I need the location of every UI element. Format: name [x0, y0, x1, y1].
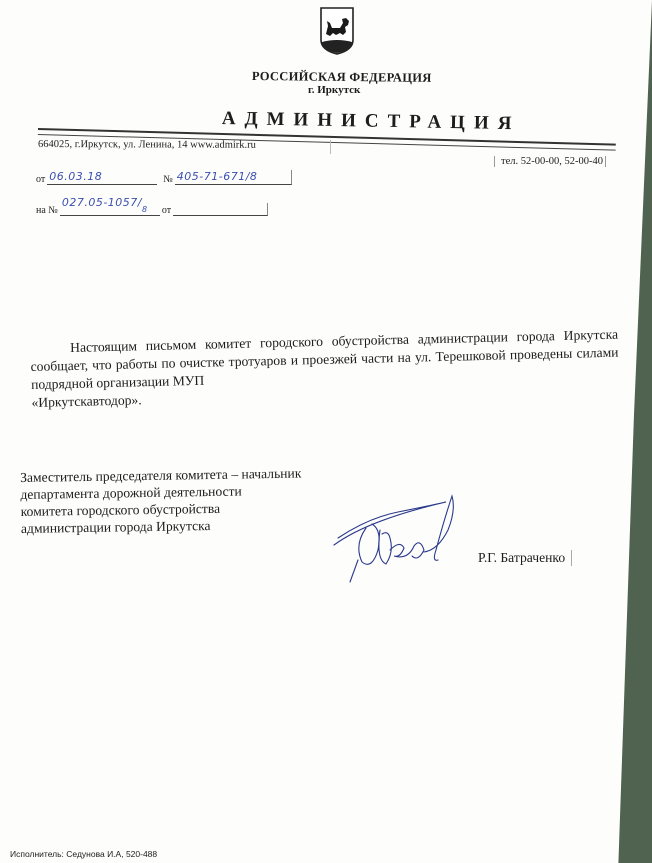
letter-body: Настоящим письмом комитет городского обу… [30, 326, 620, 412]
coat-of-arms-icon [318, 6, 356, 56]
reply-to-value: 027.05-1057/8 [60, 196, 160, 216]
date-label: от [36, 174, 45, 185]
phone-line: тел. 52-00-00, 52-00-40 [494, 156, 606, 167]
organization-title: АДМИНИСТРАЦИЯ [222, 108, 521, 135]
executor-note: Исполнитель: Седунова И.А, 520-488 [10, 849, 157, 859]
city-subtitle: г. Иркутск [308, 84, 360, 96]
outgoing-registration-row: от 06.03.18 № 405-71-671/8 [36, 170, 292, 185]
scan-edge-shadow [612, 0, 652, 863]
number-value: 405-71-671/8 [175, 170, 292, 185]
address-line: 664025, г.Иркутск, ул. Ленина, 14 www.ad… [38, 139, 256, 151]
reply-registration-row: на № 027.05-1057/8 от [36, 196, 268, 216]
signer-name: Р.Г. Батраченко [478, 550, 572, 566]
signer-title-line: администрации города Иркутска [21, 516, 302, 537]
address-separator [330, 140, 331, 154]
reply-to-label: на № [36, 205, 58, 216]
handwritten-signature-icon [328, 490, 468, 585]
reply-date-label: от [162, 205, 171, 216]
number-label: № [163, 174, 173, 185]
reply-date-value [173, 203, 268, 216]
date-value: 06.03.18 [47, 170, 157, 185]
signer-title: Заместитель председателя комитета – нача… [20, 465, 302, 537]
